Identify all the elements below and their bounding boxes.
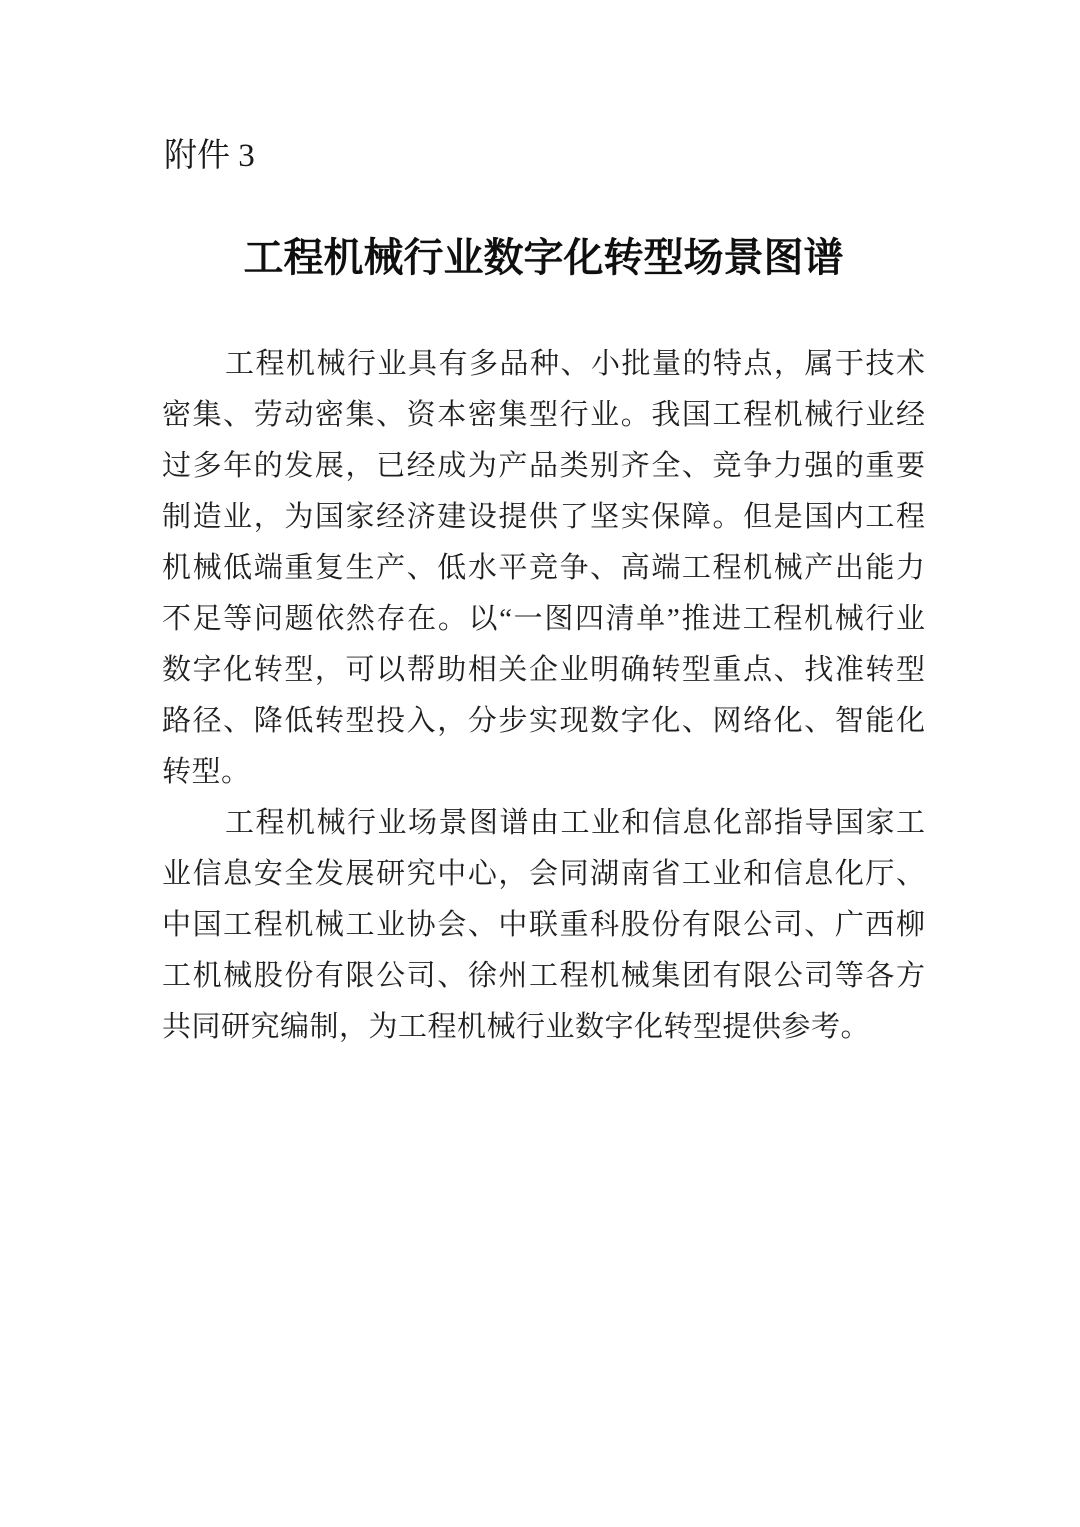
document-page: 附件 3 工程机械行业数字化转型场景图谱 工程机械行业具有多品种、小批量的特点，… (0, 0, 1080, 1527)
body-line: 转型。 (162, 747, 925, 798)
attachment-label: 附件 3 (164, 134, 255, 178)
document-body: 工程机械行业具有多品种、小批量的特点，属于技术密集、劳动密集、资本密集型行业。我… (162, 339, 925, 1053)
body-line: 制造业，为国家经济建设提供了坚实保障。但是国内工程 (162, 492, 925, 543)
body-line: 业信息安全发展研究中心，会同湖南省工业和信息化厅、 (162, 849, 925, 900)
document-title: 工程机械行业数字化转型场景图谱 (162, 232, 925, 284)
body-line: 数字化转型，可以帮助相关企业明确转型重点、找准转型 (162, 645, 925, 696)
body-line: 共同研究编制，为工程机械行业数字化转型提供参考。 (162, 1002, 925, 1053)
body-line: 工程机械行业场景图谱由工业和信息化部指导国家工 (162, 798, 925, 849)
body-line: 过多年的发展，已经成为产品类别齐全、竞争力强的重要 (162, 441, 925, 492)
body-line: 工程机械行业具有多品种、小批量的特点，属于技术 (162, 339, 925, 390)
body-line: 密集、劳动密集、资本密集型行业。我国工程机械行业经 (162, 390, 925, 441)
body-line: 工机械股份有限公司、徐州工程机械集团有限公司等各方 (162, 951, 925, 1002)
body-line: 中国工程机械工业协会、中联重科股份有限公司、广西柳 (162, 900, 925, 951)
body-line: 机械低端重复生产、低水平竞争、高端工程机械产出能力 (162, 543, 925, 594)
body-line: 不足等问题依然存在。以“一图四清单”推进工程机械行业 (162, 594, 925, 645)
body-line: 路径、降低转型投入，分步实现数字化、网络化、智能化 (162, 696, 925, 747)
